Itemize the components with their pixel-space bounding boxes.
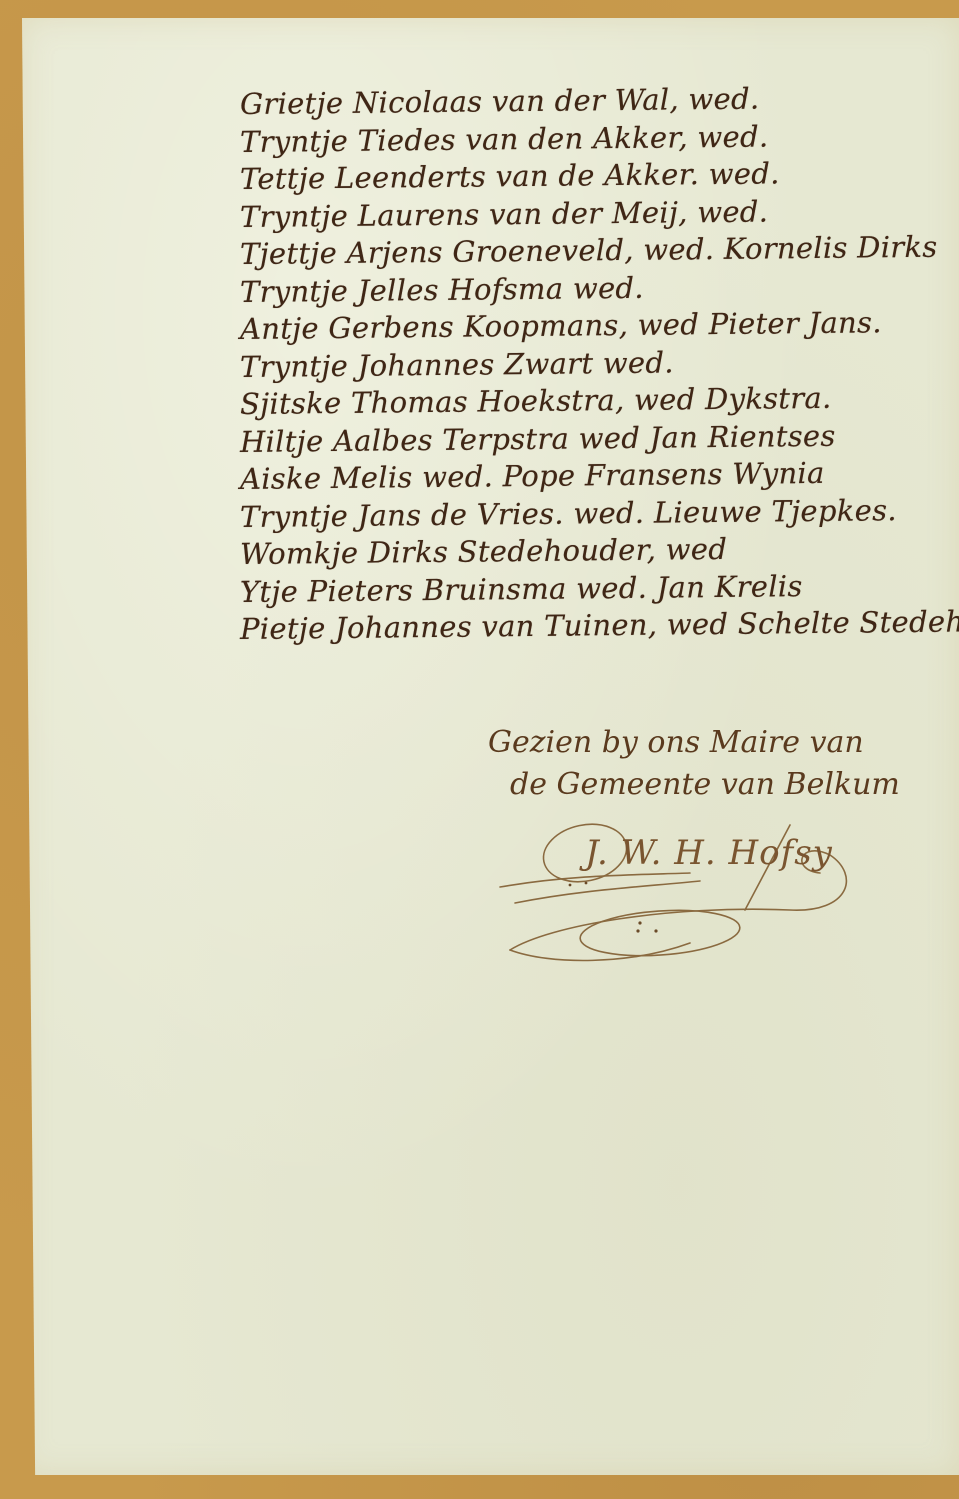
widow-register-list: Grietje Nicolaas van der Wal, wed. Trynt… [240, 86, 940, 649]
attestation-line-1: Gezien by ons Maire van [488, 722, 900, 764]
signature-text: J. W. H. Hofsy [585, 833, 833, 873]
mayor-signature: J. W. H. Hofsy [490, 815, 870, 980]
register-entry: Pietje Johannes van Tuinen, wed Schelte … [240, 604, 940, 649]
attestation-block: Gezien by ons Maire van de Gemeente van … [488, 722, 900, 806]
attestation-line-2: de Gemeente van Belkum [488, 764, 900, 806]
